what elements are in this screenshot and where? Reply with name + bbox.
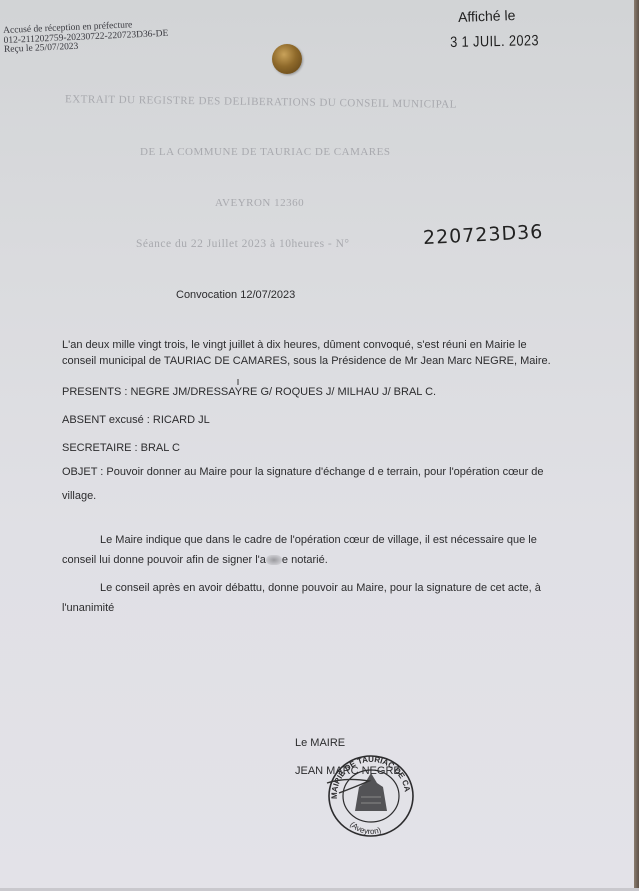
pushpin-icon <box>272 44 302 74</box>
council-decision-line-1: Le conseil après en avoir débattu, donne… <box>100 582 541 594</box>
department-title: AVEYRON 12360 <box>215 197 304 209</box>
commune-title: DE LA COMMUNE DE TAURIAC DE CAMARES <box>140 146 390 158</box>
object-line-1: OBJET : Pouvoir donner au Maire pour la … <box>62 460 544 484</box>
intro-line-2: conseil municipal de TAURIAC DE CAMARES,… <box>62 353 551 369</box>
intro-line-1: L'an deux mille vingt trois, le vingt ju… <box>62 337 551 353</box>
mayor-statement: Le Maire indique que dans le cadre de l'… <box>62 530 537 570</box>
stamp-region: (Aveyron) <box>348 820 382 836</box>
page-edge <box>634 0 639 891</box>
smudge-mark <box>266 555 282 565</box>
intro-paragraph: L'an deux mille vingt trois, le vingt ju… <box>62 337 551 369</box>
posting-label: Affiché le <box>458 7 516 25</box>
ink-speck <box>237 379 239 385</box>
mayor-statement-line-2b: e notarié. <box>282 554 328 566</box>
council-decision: Le conseil après en avoir débattu, donne… <box>62 578 541 618</box>
object-paragraph: OBJET : Pouvoir donner au Maire pour la … <box>62 460 544 508</box>
presents-line: PRESENTS : NEGRE JM/DRESSAYRE G/ ROQUES … <box>62 386 436 398</box>
mayor-statement-line-1: Le Maire indique que dans le cadre de l'… <box>100 534 537 546</box>
convocation-date: Convocation 12/07/2023 <box>176 289 295 301</box>
posting-date-stamp: 3 1 JUIL. 2023 <box>450 32 539 51</box>
secretary-line: SECRETAIRE : BRAL C <box>62 442 180 454</box>
signature-title: Le MAIRE <box>295 737 345 749</box>
mayor-statement-line-2a: conseil lui donne pouvoir afin de signer… <box>62 554 266 566</box>
session-line: Séance du 22 Juillet 2023 à 10heures - N… <box>136 238 350 250</box>
absent-line: ABSENT excusé : RICARD JL <box>62 414 210 426</box>
svg-text:(Aveyron): (Aveyron) <box>348 820 382 836</box>
council-decision-line-2: l'unanimité <box>62 598 541 618</box>
town-hall-seal-icon: MAIRIE DE TAURIAC DE CAMARES (Aveyron) <box>325 753 417 839</box>
object-line-2: village. <box>62 484 544 508</box>
